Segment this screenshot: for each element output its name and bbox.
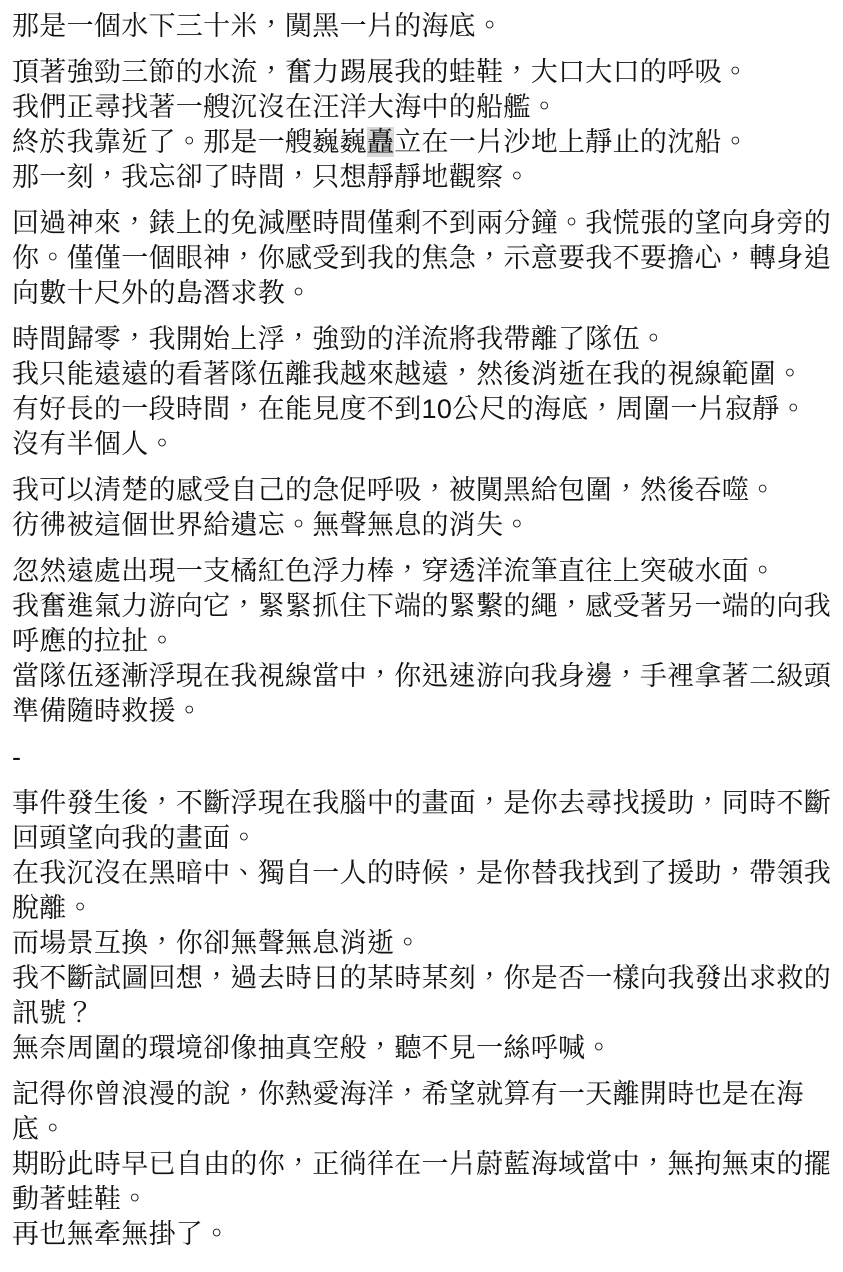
text-line: - xyxy=(12,740,831,775)
paragraph: 記得你曾浪漫的說，你熱愛海洋，希望就算有一天離開時也是在海底。期盼此時早已自由的… xyxy=(12,1077,831,1252)
paragraph: 時間歸零，我開始上浮，強勁的洋流將我帶離了隊伍。我只能遠遠的看著隊伍離我越來越遠… xyxy=(12,322,831,462)
paragraph: 事件發生後，不斷浮現在我腦中的畫面，是你去尋找援助，同時不斷回頭望向我的畫面。在… xyxy=(12,786,831,1066)
divider-line: - xyxy=(12,740,831,775)
text-line: 再也無牽無掛了。 xyxy=(12,1217,831,1252)
text-line: 我奮進氣力游向它，緊緊抓住下端的緊繫的繩，感受著另一端的向我 xyxy=(12,589,831,624)
text-line: 回頭望向我的畫面。 xyxy=(12,821,831,856)
text-line: 終於我靠近了。那是一艘巍巍矗立在一片沙地上靜止的沈船。 xyxy=(12,125,831,160)
paragraph: 忽然遠處出現一支橘紅色浮力棒，穿透洋流筆直往上突破水面。我奮進氣力游向它，緊緊抓… xyxy=(12,554,831,729)
text-line: 有好長的一段時間，在能見度不到10公尺的海底，周圍一片寂靜。 xyxy=(12,392,831,427)
paragraph: 我可以清楚的感受自己的急促呼吸，被闃黑給包圍，然後吞噬。彷彿被這個世界給遺忘。無… xyxy=(12,473,831,543)
text-line: 動著蛙鞋。 xyxy=(12,1182,831,1217)
text-line: 忽然遠處出現一支橘紅色浮力棒，穿透洋流筆直往上突破水面。 xyxy=(12,554,831,589)
text-line: 而場景互換，你卻無聲無息消逝。 xyxy=(12,926,831,961)
text-line: 我可以清楚的感受自己的急促呼吸，被闃黑給包圍，然後吞噬。 xyxy=(12,473,831,508)
text-line: 我不斷試圖回想，過去時日的某時某刻，你是否一樣向我發出求救的 xyxy=(12,961,831,996)
text-line: 脫離。 xyxy=(12,891,831,926)
page: { "page": { "background": "#ffffff", "te… xyxy=(0,0,843,1272)
text-line: 當隊伍逐漸浮現在我視線當中，你迅速游向我身邊，手裡拿著二級頭 xyxy=(12,659,831,694)
paragraph: 那是一個水下三十米，闃黑一片的海底。 xyxy=(12,9,831,44)
text-line: 沒有半個人。 xyxy=(12,427,831,462)
text-line: 你。僅僅一個眼神，你感受到我的焦急，示意要我不要擔心，轉身追 xyxy=(12,241,831,276)
paragraph: 頂著強勁三節的水流，奮力踢展我的蛙鞋，大口大口的呼吸。我們正尋找著一艘沉沒在汪洋… xyxy=(12,55,831,195)
text-line: 在我沉沒在黑暗中、獨自一人的時候，是你替我找到了援助，帶領我 xyxy=(12,856,831,891)
text-line: 呼應的拉扯。 xyxy=(12,624,831,659)
text-line: 那一刻，我忘卻了時間，只想靜靜地觀察。 xyxy=(12,160,831,195)
text-line: 無奈周圍的環境卻像抽真空般，聽不見一絲呼喊。 xyxy=(12,1031,831,1066)
text-line: 彷彿被這個世界給遺忘。無聲無息的消失。 xyxy=(12,508,831,543)
text-line: 準備隨時救援。 xyxy=(12,694,831,729)
highlighted-char: 矗 xyxy=(367,127,394,157)
article: 那是一個水下三十米，闃黑一片的海底。頂著強勁三節的水流，奮力踢展我的蛙鞋，大口大… xyxy=(0,0,843,1272)
text-line: 事件發生後，不斷浮現在我腦中的畫面，是你去尋找援助，同時不斷 xyxy=(12,786,831,821)
paragraph: 回過神來，錶上的免減壓時間僅剩不到兩分鐘。我慌張的望向身旁的你。僅僅一個眼神，你… xyxy=(12,206,831,311)
text-line: 我只能遠遠的看著隊伍離我越來越遠，然後消逝在我的視線範圍。 xyxy=(12,357,831,392)
text-line: 底。 xyxy=(12,1112,831,1147)
text-line: 回過神來，錶上的免減壓時間僅剩不到兩分鐘。我慌張的望向身旁的 xyxy=(12,206,831,241)
text-line: 向數十尺外的島潛求教。 xyxy=(12,276,831,311)
text-line: 頂著強勁三節的水流，奮力踢展我的蛙鞋，大口大口的呼吸。 xyxy=(12,55,831,90)
text-line: 時間歸零，我開始上浮，強勁的洋流將我帶離了隊伍。 xyxy=(12,322,831,357)
text-line: 期盼此時早已自由的你，正徜徉在一片蔚藍海域當中，無拘無束的擺 xyxy=(12,1147,831,1182)
text-line: 那是一個水下三十米，闃黑一片的海底。 xyxy=(12,9,831,44)
text-line: 訊號？ xyxy=(12,996,831,1031)
text-line: 我們正尋找著一艘沉沒在汪洋大海中的船艦。 xyxy=(12,90,831,125)
text-line: 記得你曾浪漫的說，你熱愛海洋，希望就算有一天離開時也是在海 xyxy=(12,1077,831,1112)
